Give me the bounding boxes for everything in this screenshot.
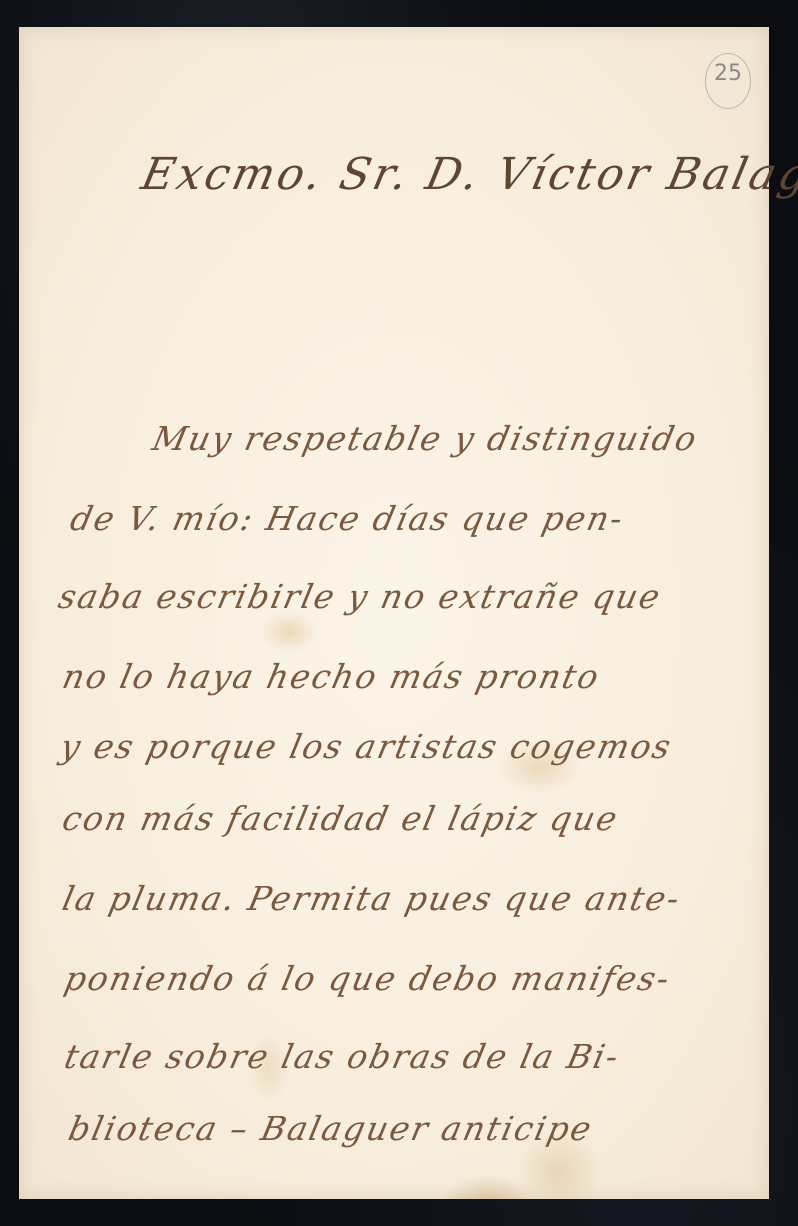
archive-number-stamp: 25	[705, 53, 751, 109]
letter-line-6: con más facilidad el lápiz que	[59, 799, 622, 838]
letter-line-5: y es porque los artistas cogemos	[57, 727, 676, 766]
letter-line-7: la pluma. Permita pues que ante-	[59, 879, 685, 918]
letter-line-4: no lo haya hecho más pronto	[59, 657, 604, 696]
letter-line-2: de V. mío: Hace días que pen-	[67, 499, 628, 538]
letter-line-9: tarle sobre las obras de la Bi-	[61, 1037, 624, 1076]
letter-line-8: poniendo á lo que debo manifes-	[61, 959, 675, 998]
letter-salutation: Excmo. Sr. D. Víctor Balaguer	[137, 149, 798, 200]
letter-line-3: saba escribirle y no extrañe que	[55, 577, 665, 616]
letter-line-10: blioteca – Balaguer anticipe	[65, 1109, 597, 1148]
letter-sheet: 25 Excmo. Sr. D. Víctor Balaguer Muy res…	[19, 27, 769, 1199]
letter-line-1: Muy respetable y distinguido	[149, 419, 702, 458]
